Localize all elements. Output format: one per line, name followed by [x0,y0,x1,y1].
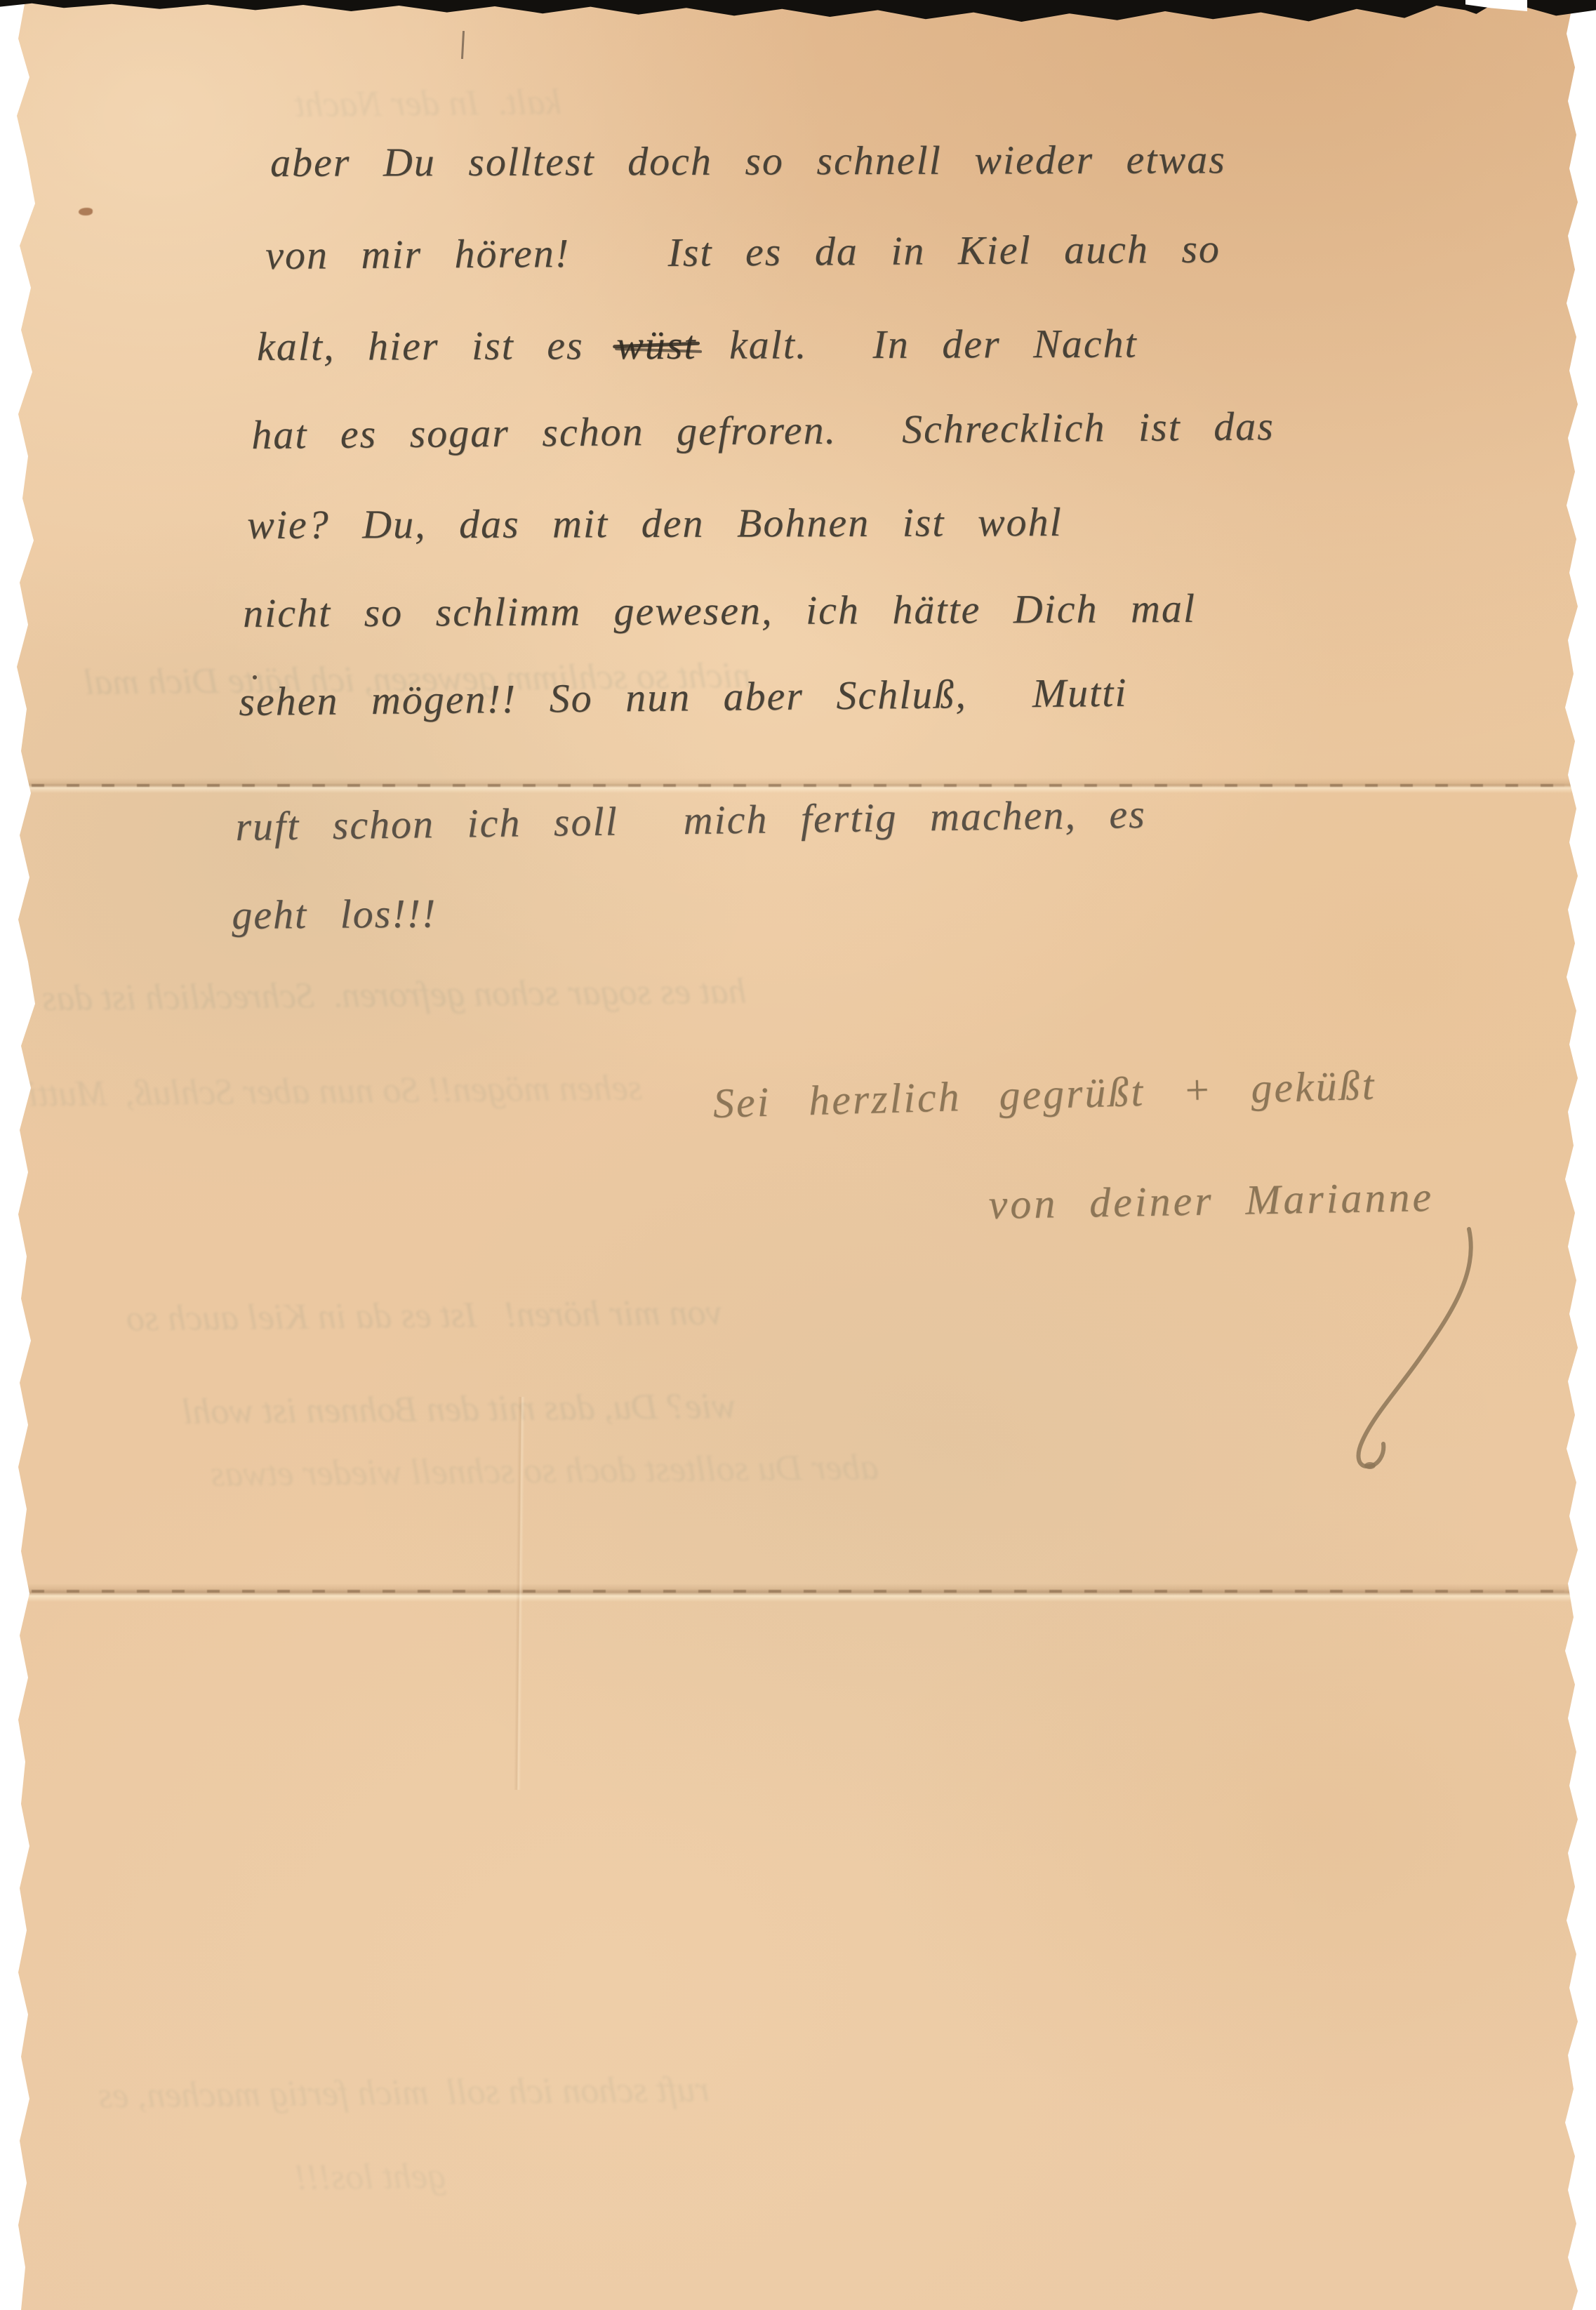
letter-line: hat es sogar schon gefroren. Schrecklich… [251,404,1275,458]
fold-crease-upper [0,778,1596,793]
bleedthrough-ghost-text: geht los!!! [295,2156,446,2198]
letter-line: geht los!!! [232,891,437,938]
bleedthrough-ghost-text: aber Du solltest doch so schnell wieder … [211,1447,879,1495]
letter-line: kalt, hier ist es wüst kalt. In der Nach… [257,321,1138,370]
bleedthrough-ghost-text: wie? Du, das mit den Bohnen ist wohl [182,1386,736,1433]
bleedthrough-ghost-text: kalt. In der Nacht [295,81,571,126]
scanned-letter-page: kalt. In der Nacht nicht so schlimm gewe… [0,0,1596,2310]
bleedthrough-ghost-text: ruft schon ich soll mich fertig machen, … [98,2069,710,2116]
letter-line: aber Du solltest doch so schnell wieder … [270,137,1226,186]
letter-closing: Sei herzlich gegrüßt + geküßt [712,1061,1376,1128]
crossed-out-word: wüst [616,322,697,368]
letter-line: sehen mögen!! So nun aber Schluß, Mutti [239,670,1128,725]
fold-crease-dashes [32,1590,1564,1593]
bleedthrough-ghost-text: hat es sogar schon gefroren. Schrecklich… [42,971,747,1020]
ink-speck [253,675,257,679]
bleedthrough-ghost-text: sehen mögen!! So nun aber Schluß, Mutti [28,1067,643,1115]
letter-line-segment: kalt. In der Nacht [696,321,1137,368]
torn-edge-left [0,0,42,2310]
letter-signature: von deiner Marianne [988,1173,1435,1229]
letter-line: wie? Du, das mit den Bohnen ist wohl [247,500,1063,548]
signature-flourish [1302,1225,1484,1478]
torn-edge-right [1564,0,1596,2310]
letter-paper: kalt. In der Nacht nicht so schlimm gewe… [0,0,1596,2310]
letter-line: von mir hören! Ist es da in Kiel auch so [265,227,1221,279]
letter-line: nicht so schlimm gewesen, ich hätte Dich… [243,586,1196,637]
fold-crease-dashes [32,784,1564,787]
scratch-mark [461,31,465,59]
bleedthrough-ghost-text: von mir hören! Ist es da in Kiel auch so [126,1292,722,1340]
rust-stain [79,208,93,215]
letter-line: ruft schon ich soll mich fertig machen, … [235,792,1146,850]
fold-crease-lower [0,1584,1596,1602]
letter-line-segment: kalt, hier ist es [257,322,616,369]
